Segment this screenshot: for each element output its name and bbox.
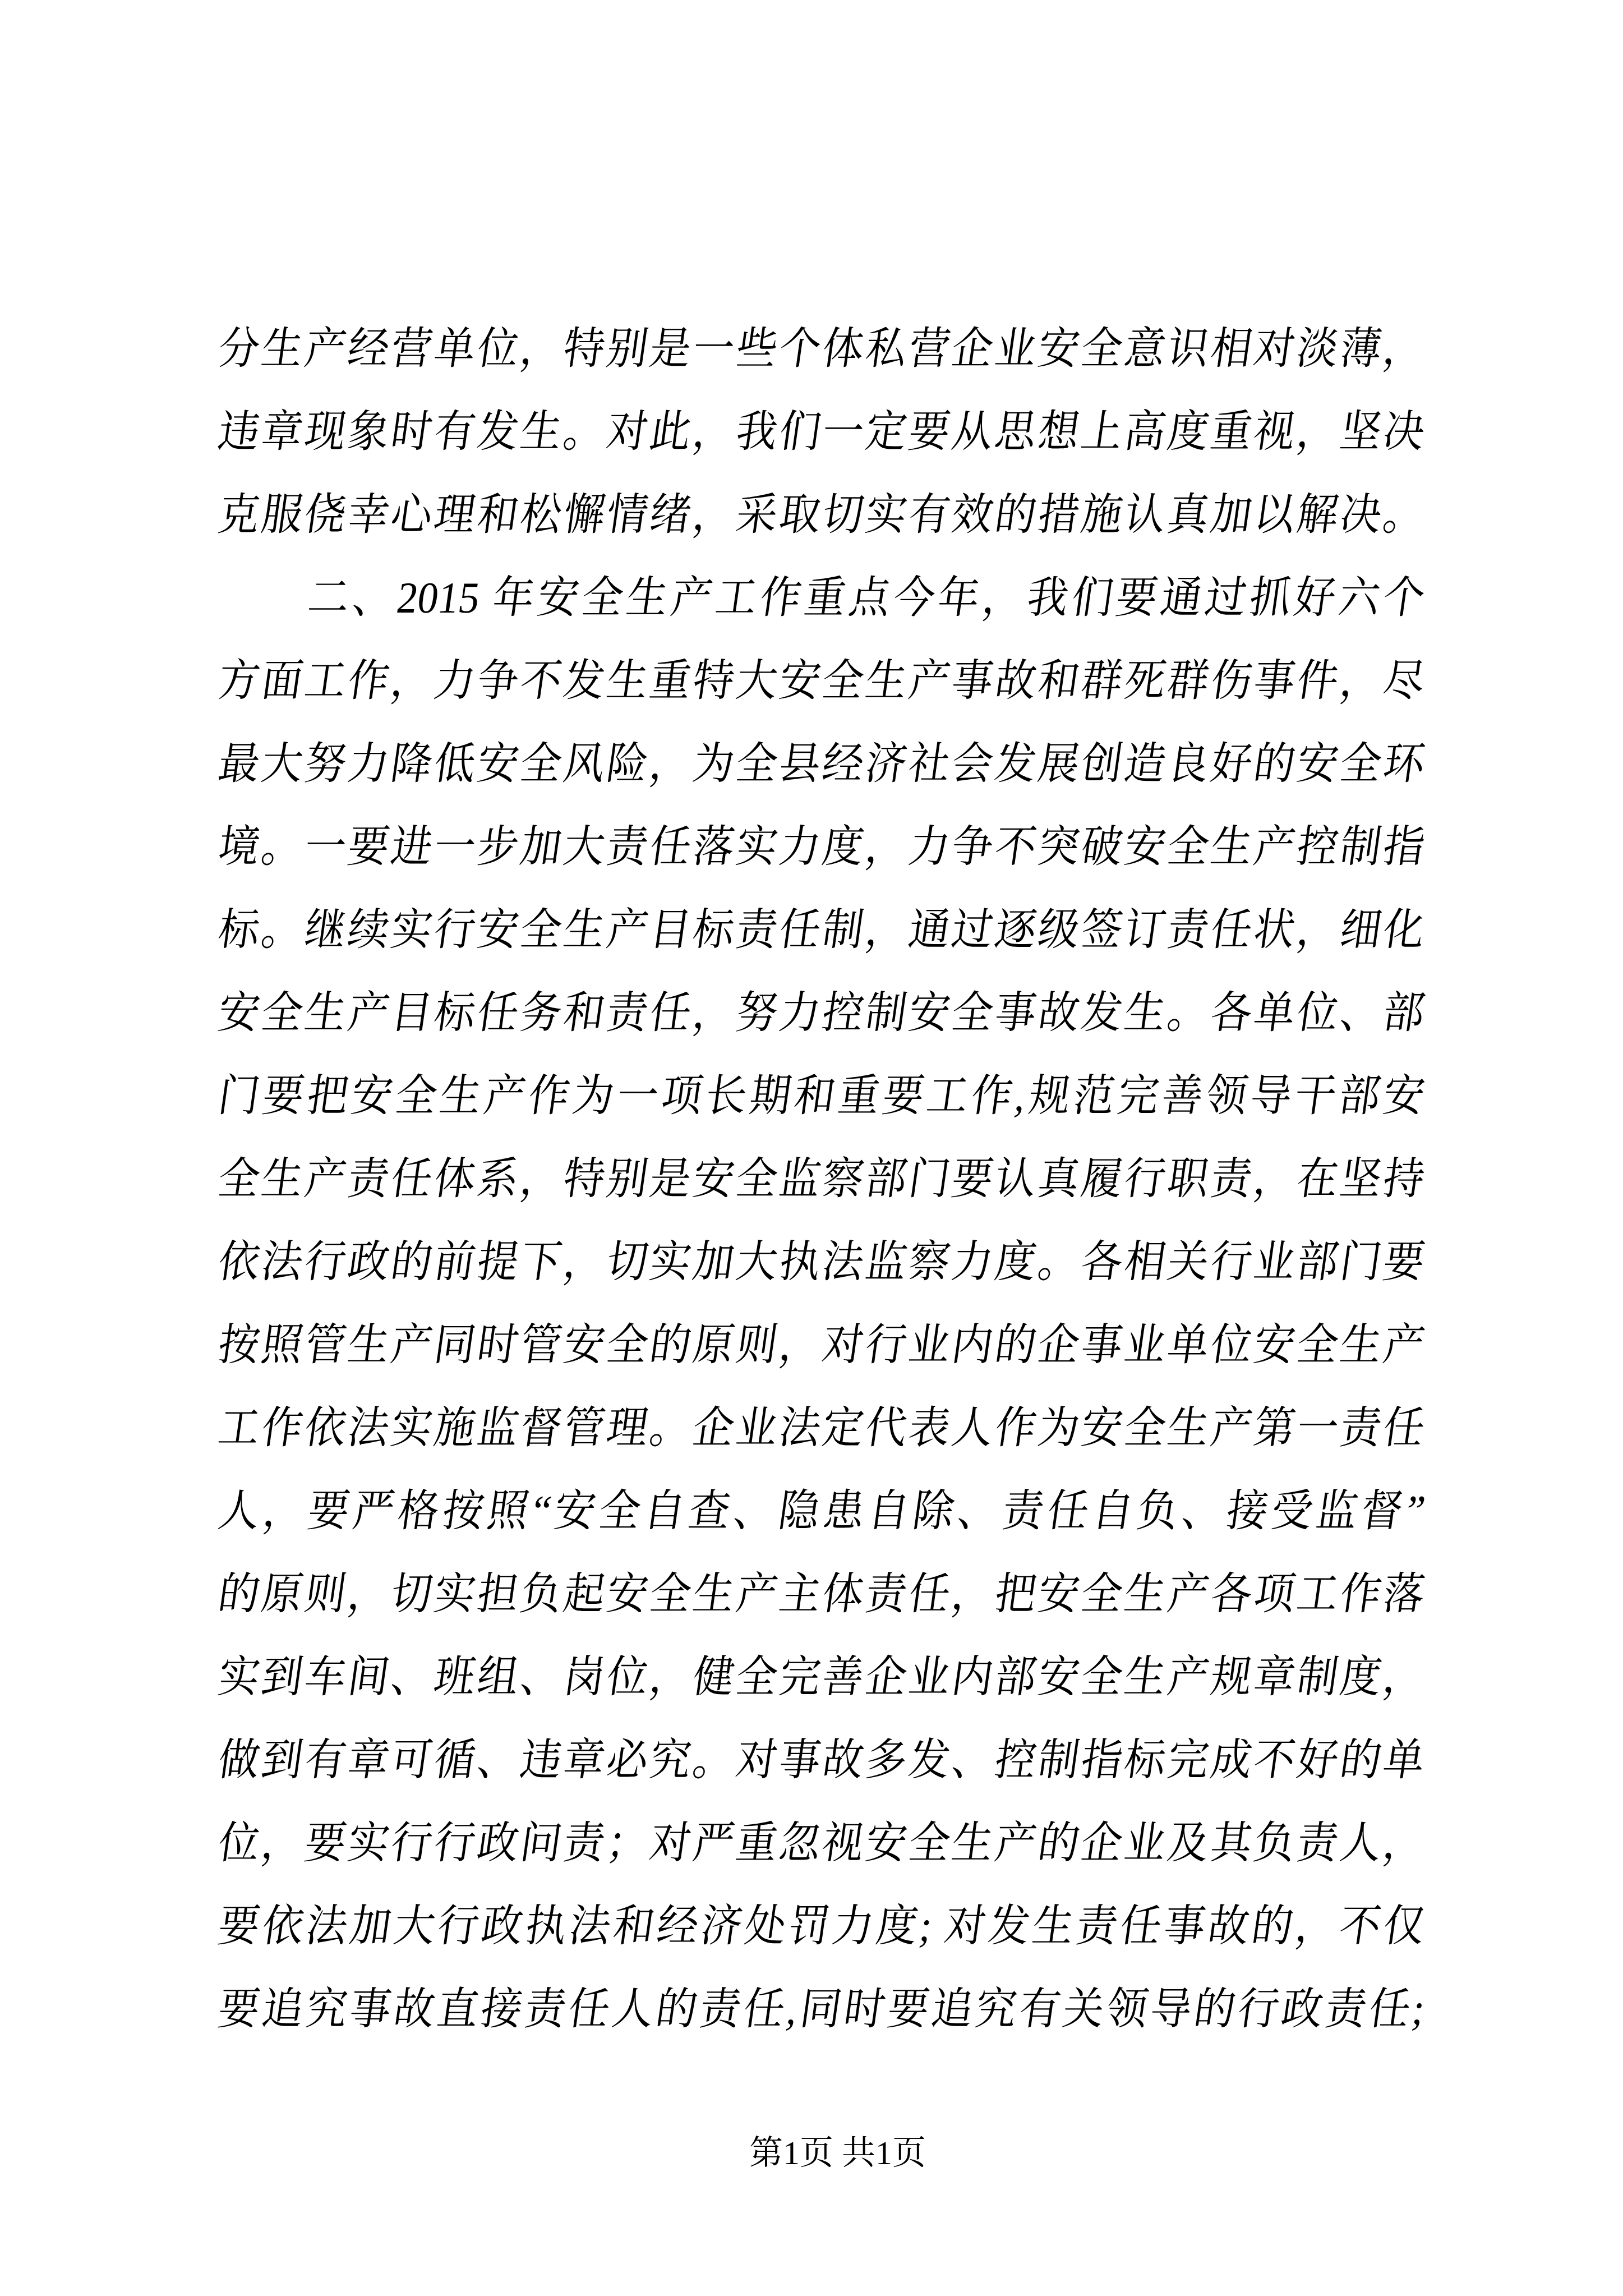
- document-body: 分生产经营单位，特别是一些个体私营企业安全意识相对淡薄， 违章现象时有发生。对此…: [219, 307, 1424, 2051]
- text-line: 按照管生产同时管安全的原则，对行业内的企事业单位安全生产: [213, 1300, 1431, 1390]
- text-line: 做到有章可循、违章必究。对事故多发、控制指标完成不好的单: [213, 1715, 1431, 1805]
- text-line-paragraph-start: 二、2015 年安全生产工作重点今年，我们要通过抓好六个: [213, 553, 1431, 643]
- text-line: 方面工作，力争不发生重特大安全生产事故和群死群伤事件，尽: [213, 636, 1431, 726]
- text-line: 安全生产目标任务和责任，努力控制安全事故发生。各单位、部: [213, 968, 1431, 1058]
- text-line: 要追究事故直接责任人的责任,同时要追究有关领导的行政责任;: [213, 1964, 1431, 2054]
- text-line: 人，要严格按照“安全自查、隐患自除、责任自负、接受监督”: [213, 1466, 1431, 1556]
- text-line: 的原则，切实担负起安全生产主体责任，把安全生产各项工作落: [213, 1549, 1431, 1639]
- text-line: 工作依法实施监督管理。企业法定代表人作为安全生产第一责任: [213, 1383, 1431, 1473]
- text-line: 要依法加大行政执法和经济处罚力度; 对发生责任事故的，不仅: [213, 1881, 1431, 1971]
- text-line: 最大努力降低安全风险，为全县经济社会发展创造良好的安全环: [213, 719, 1431, 809]
- text-line: 位，要实行行政问责；对严重忽视安全生产的企业及其负责人，: [213, 1798, 1431, 1888]
- page-number-label: 第1页 共1页: [749, 2134, 926, 2171]
- text-line: 标。继续实行安全生产目标责任制，通过逐级签订责任状，细化: [213, 885, 1431, 975]
- text-line: 境。一要进一步加大责任落实力度，力争不突破安全生产控制指: [213, 802, 1431, 892]
- text-line: 克服侥幸心理和松懈情绪，采取切实有效的措施认真加以解决。: [213, 470, 1431, 560]
- text-line: 依法行政的前提下，切实加大执法监察力度。各相关行业部门要: [213, 1217, 1431, 1307]
- text-line: 全生产责任体系，特别是安全监察部门要认真履行职责，在坚持: [213, 1134, 1431, 1224]
- document-page: 分生产经营单位，特别是一些个体私营企业安全意识相对淡薄， 违章现象时有发生。对此…: [0, 0, 1623, 2296]
- text-line: 违章现象时有发生。对此，我们一定要从思想上高度重视，坚决: [213, 387, 1431, 477]
- text-line: 实到车间、班组、岗位，健全完善企业内部安全生产规章制度，: [213, 1632, 1431, 1722]
- text-line: 门要把安全生产作为一项长期和重要工作,规范完善领导干部安: [213, 1051, 1431, 1141]
- page-footer: 第1页 共1页: [749, 2131, 926, 2175]
- text-line: 分生产经营单位，特别是一些个体私营企业安全意识相对淡薄，: [213, 304, 1431, 394]
